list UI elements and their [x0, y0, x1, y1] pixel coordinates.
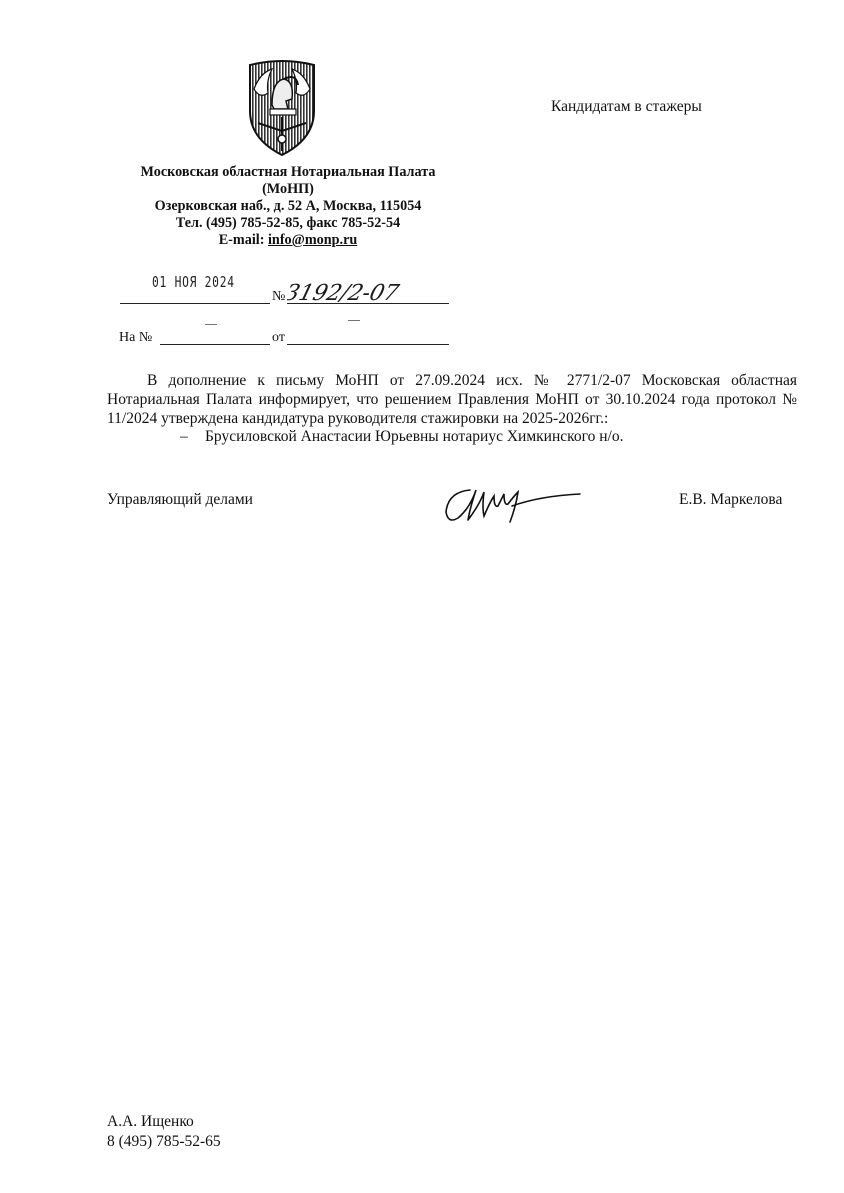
signer-name: Е.В. Маркелова [679, 491, 782, 509]
reply-to-line [160, 344, 270, 345]
org-address: Озерковская наб., д. 52 А, Москва, 11505… [110, 198, 466, 215]
signature-icon [440, 478, 590, 528]
date-stamp: 01 НОЯ 2024 [152, 273, 235, 291]
from-value: — [348, 312, 360, 327]
svg-text:3192/2-07: 3192/2-07 [287, 280, 402, 306]
executor-name: А.А. Ищенко [107, 1112, 221, 1132]
org-abbr: (МоНП) [110, 181, 466, 198]
letterhead: Московская областная Нотариальная Палата… [110, 164, 466, 249]
bullet-dash: – [180, 428, 205, 446]
org-phone-fax: Тел. (495) 785-52-85, факс 785-52-54 [110, 215, 466, 232]
bullet-text: Брусиловской Анастасии Юрьевны нотариус … [205, 428, 623, 445]
bullet-item: –Брусиловской Анастасии Юрьевны нотариус… [180, 428, 623, 446]
reply-to-value: — [205, 316, 217, 331]
reply-to-label: На № [119, 330, 152, 346]
date-line [120, 303, 270, 304]
from-label: от [272, 330, 285, 346]
email-label: E-mail: [219, 232, 268, 248]
body-paragraph: В дополнение к письму МоНП от 27.09.2024… [107, 371, 797, 428]
signer-role: Управляющий делами [107, 491, 253, 509]
emblem-icon [246, 59, 318, 157]
email-link[interactable]: info@monp.ru [268, 232, 357, 248]
handwritten-number: 3192/2-07 [287, 272, 437, 312]
executor-info: А.А. Ищенко 8 (495) 785-52-65 [107, 1112, 221, 1152]
org-email-row: E-mail: info@monp.ru [110, 232, 466, 249]
letter-body: В дополнение к письму МоНП от 27.09.2024… [107, 371, 797, 428]
executor-phone: 8 (495) 785-52-65 [107, 1132, 221, 1152]
from-line [287, 344, 449, 345]
addressee: Кандидатам в стажеры [551, 98, 702, 116]
number-label: № [272, 289, 285, 305]
org-name: Московская областная Нотариальная Палата [110, 164, 466, 181]
